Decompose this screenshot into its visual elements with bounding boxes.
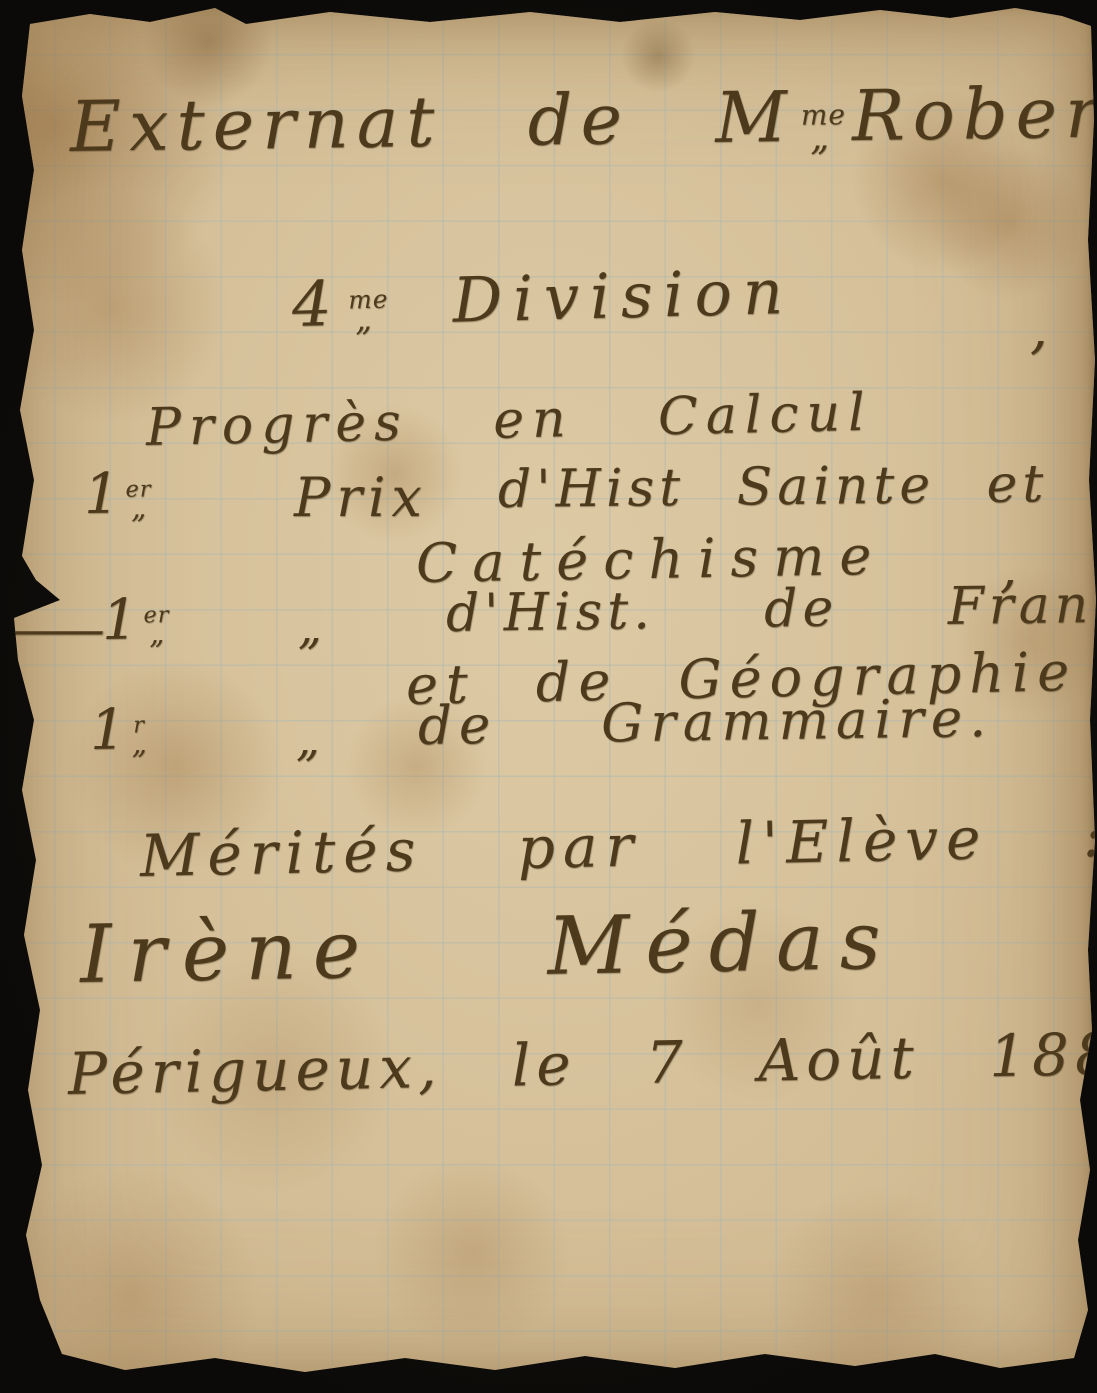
- paper-sheet: Externat de Mme„Robert 4me„Division , Pr…: [0, 0, 1097, 1393]
- division-superscript-stack: me„: [348, 288, 389, 329]
- merit-line: Mérités par l'Elève :: [139, 802, 1097, 890]
- award-row2-prize-ditto: „: [298, 600, 322, 654]
- title-ditto-marks: „: [810, 127, 837, 147]
- award-row3-subject: de Grammaire.: [418, 688, 994, 757]
- division-word: Division: [452, 255, 795, 337]
- scanned-document-page: { "colors": { "scan_background": "#0b0a0…: [0, 0, 1097, 1393]
- award-row3-rank: 1r„: [90, 697, 154, 768]
- student-first-name: Irène: [79, 903, 377, 1001]
- award-row3-prize-ditto: „: [296, 712, 320, 766]
- award-intro-line: Progrès en Calcul: [145, 383, 873, 458]
- school-title-prefix: Externat de M: [69, 76, 795, 168]
- school-title-line: Externat de Mme„Robert: [69, 71, 1097, 174]
- student-name-line: Irène Médas: [79, 894, 897, 1001]
- division-line: 4me„Division: [291, 255, 795, 347]
- student-last-name: Médas: [547, 894, 898, 993]
- rank-superscript-stack: r„: [131, 715, 147, 751]
- award-row1-subject: d'Hist Sainte et de: [498, 453, 1097, 520]
- division-number: 4me„: [291, 265, 396, 341]
- award-row2-subject: d'Hist. de France: [446, 574, 1097, 644]
- award-row1-rank: 1er„: [84, 461, 158, 532]
- rank-ditto-marks: „: [132, 735, 147, 751]
- rank-superscript-stack: er„: [125, 479, 151, 515]
- award-row2-rank: 1er„: [102, 587, 177, 658]
- rank-ditto-marks: „: [131, 500, 146, 516]
- school-title-suffix: Robert: [851, 71, 1097, 157]
- place-date-line: Périgueux, le 7 Août 1882.: [67, 1019, 1097, 1108]
- rank-superscript-stack: er„: [143, 605, 169, 642]
- title-superscript-stack: me„: [801, 102, 847, 148]
- rank-ditto-marks: „: [149, 625, 164, 641]
- margin-dash-mark: —: [2, 600, 107, 658]
- stray-comma-mark: ,: [1030, 296, 1048, 361]
- spacing-gap: [395, 322, 453, 324]
- award-row1-prize: Prix: [294, 466, 428, 529]
- division-ditto-marks: „: [355, 311, 383, 329]
